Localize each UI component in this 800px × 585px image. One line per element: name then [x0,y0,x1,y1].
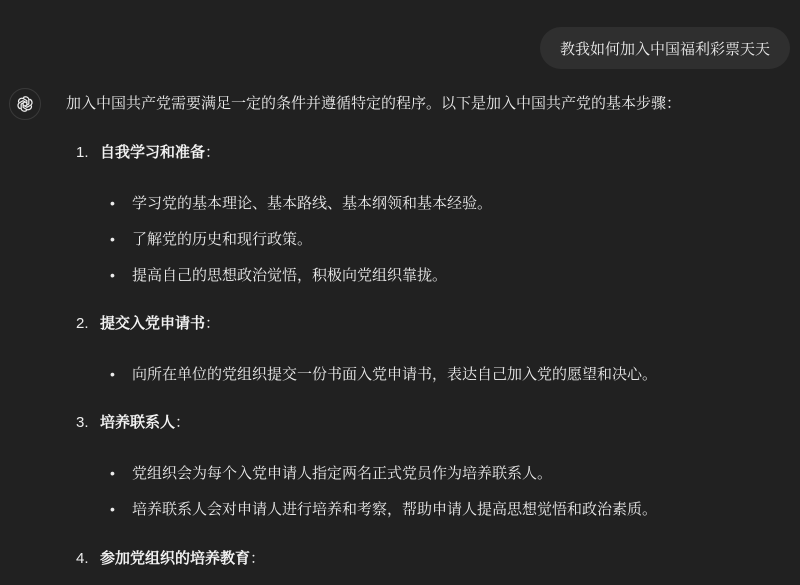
step-number: 1. [76,142,100,164]
bullet-text: 党组织会为每个入党申请人指定两名正式党员作为培养联系人。 [132,463,552,485]
step-4-heading: 4. 参加党组织的培养教育 ： [76,548,265,570]
bullet-icon: • [110,228,132,250]
bullet-text: 了解党的历史和现行政策。 [132,229,312,251]
step-colon: ： [205,142,220,164]
step-title: 提交入党申请书 [100,313,205,335]
step-colon: ： [205,313,220,335]
step-colon: ： [175,412,190,434]
step-number: 2. [76,313,100,335]
step-1-heading: 1. 自我学习和准备 ： [76,142,220,164]
bullet-icon: • [110,264,132,286]
step-number: 3. [76,412,100,434]
list-item: • 党组织会为每个入党申请人指定两名正式党员作为培养联系人。 [110,462,552,485]
openai-logo-icon [15,94,35,114]
list-item: • 学习党的基本理论、基本路线、基本纲领和基本经验。 [110,192,492,215]
step-3-heading: 3. 培养联系人 ： [76,412,190,434]
bullet-text: 向所在单位的党组织提交一份书面入党申请书，表达自己加入党的愿望和决心。 [132,364,657,386]
step-colon: ： [250,548,265,570]
assistant-intro: 加入中国共产党需要满足一定的条件并遵循特定的程序。以下是加入中国共产党的基本步骤… [66,93,790,115]
bullet-icon: • [110,192,132,214]
list-item: • 了解党的历史和现行政策。 [110,228,312,251]
step-title: 自我学习和准备 [100,142,205,164]
user-message-text: 教我如何加入中国福利彩票天天 [560,38,770,59]
bullet-text: 学习党的基本理论、基本路线、基本纲领和基本经验。 [132,193,492,215]
bullet-icon: • [110,462,132,484]
step-title: 培养联系人 [100,412,175,434]
list-item: • 向所在单位的党组织提交一份书面入党申请书，表达自己加入党的愿望和决心。 [110,363,657,386]
assistant-avatar [9,88,41,120]
list-item: • 提高自己的思想政治觉悟，积极向党组织靠拢。 [110,264,447,287]
user-message-bubble: 教我如何加入中国福利彩票天天 [540,27,790,69]
bullet-text: 提高自己的思想政治觉悟，积极向党组织靠拢。 [132,265,447,287]
step-number: 4. [76,548,100,570]
step-2-heading: 2. 提交入党申请书 ： [76,313,220,335]
step-title: 参加党组织的培养教育 [100,548,250,570]
bullet-icon: • [110,498,132,520]
assistant-message: 加入中国共产党需要满足一定的条件并遵循特定的程序。以下是加入中国共产党的基本步骤… [66,93,790,115]
list-item: • 培养联系人会对申请人进行培养和考察，帮助申请人提高思想觉悟和政治素质。 [110,498,657,521]
bullet-text: 培养联系人会对申请人进行培养和考察，帮助申请人提高思想觉悟和政治素质。 [132,499,657,521]
bullet-icon: • [110,363,132,385]
